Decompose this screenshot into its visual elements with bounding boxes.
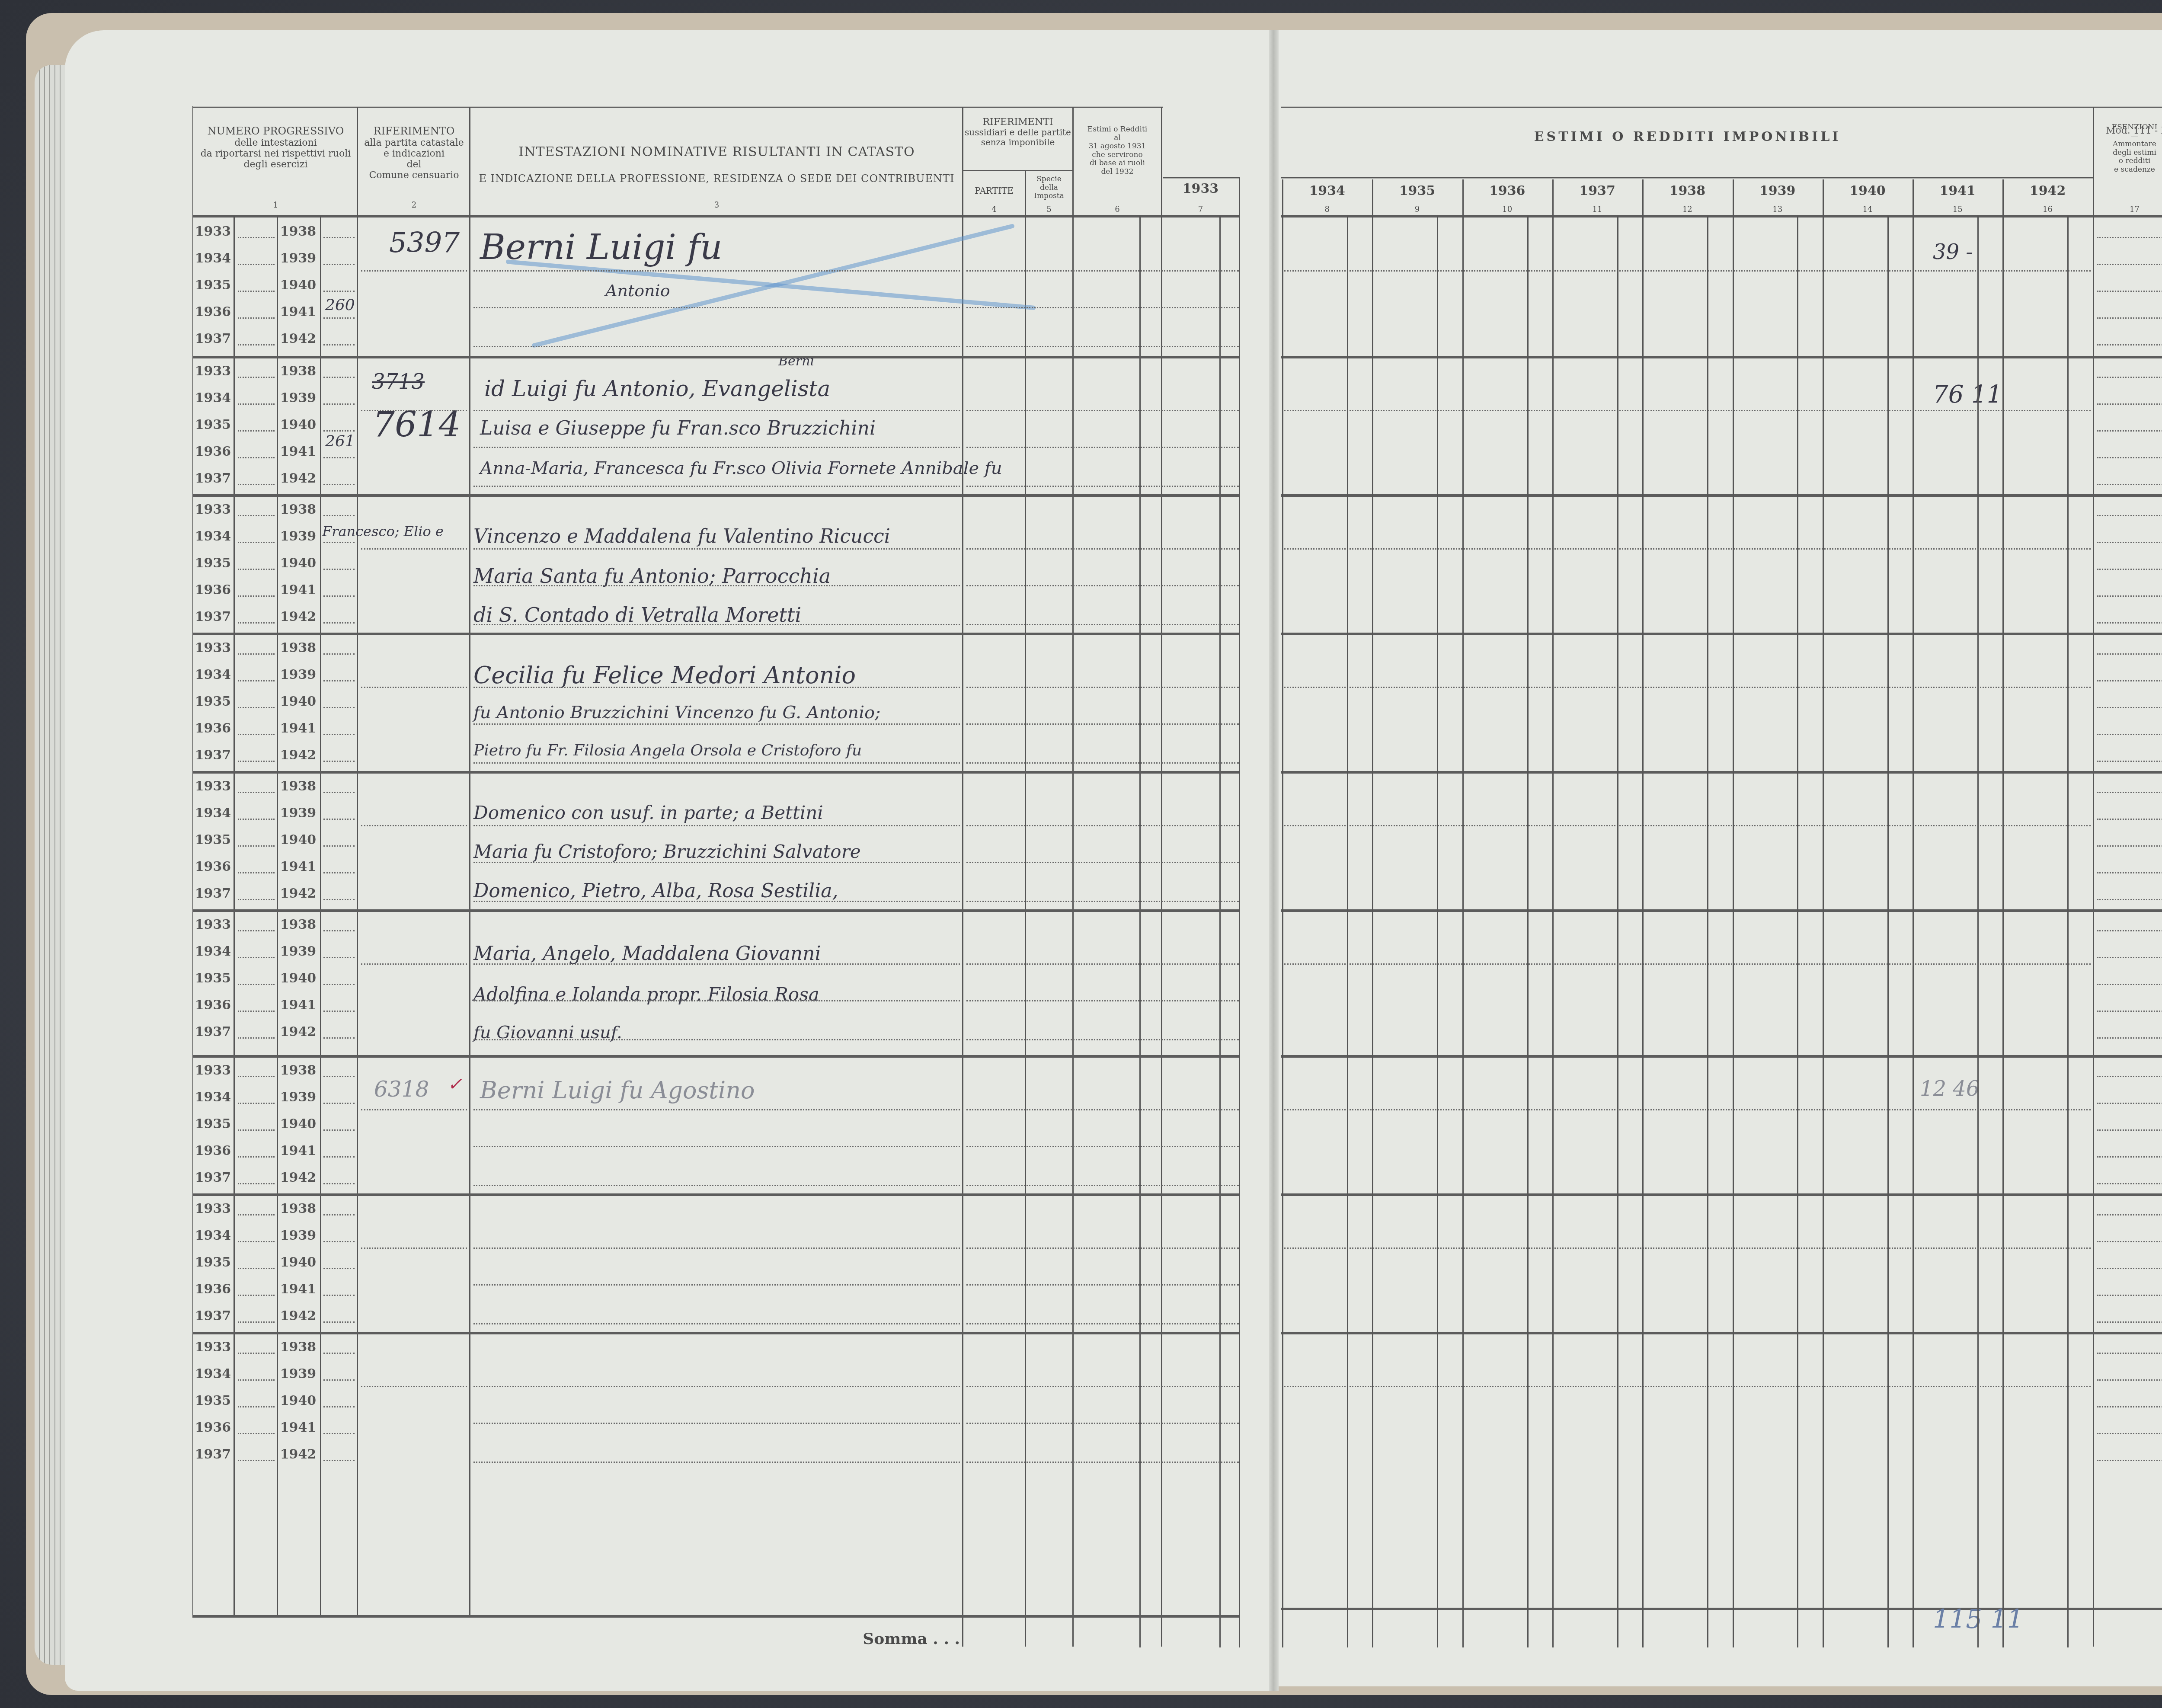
esenzioni-dotted-line [2097,484,2162,485]
year-label-right: 1940 [278,556,319,571]
name-ruled-line [473,1039,960,1040]
col-number-9: 9 [1372,205,1462,214]
year-label-right: 1941 [278,1420,319,1435]
name-ruled-line [473,1146,960,1147]
dotted-fill-left [238,1214,275,1215]
row-group-separator-left [192,494,1239,497]
year-label-right: 1938 [278,502,319,517]
dotted-fill-right [323,317,355,319]
row-group-separator-right [1281,633,2162,635]
year-label-left: 1935 [192,1393,233,1408]
entry-3-partita-note: Francesco; Elio e [322,523,444,540]
esenzioni-dotted-line [2097,457,2162,458]
dotted-fill-right [323,377,355,378]
row-group-separator-left [192,1193,1239,1196]
value-ruled-line [1284,270,2091,272]
ref-ruled-line [966,307,1239,308]
entry-7-value-1941: 12 46 [1920,1077,1979,1101]
esenzioni-dotted-line [2097,899,2162,900]
year-label-right: 1941 [278,304,319,320]
entry-5-name-line-2: Maria fu Cristoforo; Bruzzichini Salvato… [473,841,861,862]
year-label-left: 1936 [192,859,233,874]
entry-2-partita-struck: 3713 [372,370,425,394]
entry-2-name-line-1: id Luigi fu Antonio, Evangelista [484,376,830,401]
years-top-rule [1281,177,2093,181]
header-year-1938: 1938 [1642,184,1732,199]
year-col-divider [2002,179,2004,1647]
esenzioni-dotted-line [2097,653,2162,655]
dotted-fill-right [323,430,355,432]
esenzioni-dotted-line [2097,622,2162,624]
ref-ruled-line [966,624,1239,625]
header-col1: NUMERO PROGRESSIVO delle intestazioni da… [195,125,357,170]
name-ruled-line [473,1284,960,1286]
year-label-left: 1934 [192,251,233,266]
dotted-fill-right [323,457,355,458]
name-ruled-line [473,762,960,764]
ref-ruled-line [966,410,1239,411]
row-group-separator-left [192,771,1239,774]
ref-ruled-line [966,270,1239,272]
header-estimi-1931: Estimi o Redditi al 31 agosto 1931 che s… [1074,125,1161,176]
dotted-fill-right [323,957,355,958]
year-label-left: 1934 [192,667,233,682]
ref-ruled-line [966,963,1239,965]
name-ruled-line [473,862,960,863]
col-divider-6-7 [1161,107,1162,1647]
year-label-right: 1942 [278,609,319,624]
value-ruled-line [1284,1247,2091,1249]
year-label-left: 1937 [192,331,233,346]
dotted-fill-left [238,1103,275,1104]
ledger-photo: Mod. 111 - Imposte Dirette (Intercalare)… [0,0,2162,1708]
name-ruled-line [473,723,960,725]
dotted-fill-right [323,734,355,735]
row-group-separator-left [192,356,1239,358]
year-label-left: 1933 [192,640,233,656]
year-label-left: 1934 [192,1090,233,1105]
row-group-separator-left [192,909,1239,912]
col-number-16: 16 [2002,205,2092,214]
somma-label: Somma . . . [839,1630,960,1648]
col-number-1: 1 [195,201,357,210]
year-label-right: 1938 [278,1201,319,1216]
year-label-left: 1937 [192,748,233,763]
col-number-11: 11 [1552,205,1642,214]
dotted-fill-right [323,1433,355,1434]
table-bottom-rule-right [1281,1608,2162,1610]
col-number-2: 2 [359,201,469,210]
dotted-fill-right [323,1011,355,1012]
dotted-fill-left [238,377,275,378]
year-col-cents-divider [1887,216,1889,1647]
year-col-cents-divider [1617,216,1618,1647]
dotted-fill-right [323,1295,355,1296]
dotted-fill-left [238,792,275,793]
col-number-12: 12 [1642,205,1732,214]
entry-1-value-1941: 39 - [1933,240,1973,264]
esenzioni-dotted-line [2097,403,2162,405]
col-number-17: 17 [2094,205,2162,214]
entry-1-partita: 5397 [389,227,460,259]
ref-ruled-line [966,825,1239,826]
dotted-fill-left [238,899,275,900]
year-label-right: 1939 [278,806,319,821]
year-label-left: 1933 [192,502,233,517]
entry-3-name-line-3: di S. Contado di Vetralla Moretti [473,603,801,627]
dotted-fill-right [323,515,355,516]
value-ruled-line [1284,825,2091,826]
name-ruled-line [473,1247,960,1249]
entry-4-name-line-1: Cecilia fu Felice Medori Antonio [473,662,856,689]
ref-ruled-line [966,346,1239,347]
dotted-fill-left [238,707,275,708]
esenzioni-dotted-line [2097,569,2162,570]
esenzioni-dotted-line [2097,264,2162,265]
dotted-fill-left [238,403,275,405]
dotted-fill-right [323,1076,355,1077]
name-ruled-line [473,346,960,347]
year-label-right: 1939 [278,944,319,959]
dotted-fill-left [238,569,275,570]
year-label-right: 1942 [278,1308,319,1324]
year-col-cents-divider [1347,216,1348,1647]
esenzioni-dotted-line [2097,1321,2162,1323]
year-label-left: 1933 [192,1201,233,1216]
esenzioni-dotted-line [2097,1433,2162,1434]
esenzioni-dotted-line [2097,1183,2162,1184]
partita-ruled-line [361,1109,467,1110]
year-label-left: 1933 [192,1063,233,1078]
year-label-right: 1942 [278,1024,319,1040]
year-label-right: 1938 [278,779,319,794]
dotted-fill-left [238,344,275,345]
esenzioni-dotted-line [2097,707,2162,708]
year-label-right: 1939 [278,529,319,544]
year-col-divider [1282,179,1283,1647]
dotted-fill-left [238,734,275,735]
dotted-fill-right [323,1460,355,1461]
col-number-7: 7 [1162,205,1239,214]
year-label-left: 1937 [192,609,233,624]
entry-2-name-line-2: Luisa e Giuseppe fu Fran.sco Bruzzichini [480,417,876,439]
year-label-right: 1941 [278,1282,319,1297]
year-label-left: 1937 [192,886,233,901]
dotted-fill-right [323,984,355,985]
partita-ruled-line [361,270,467,272]
book-gutter [1269,30,1279,1691]
esenzioni-dotted-line [2097,872,2162,873]
esenzioni-dotted-line [2097,734,2162,735]
dotted-fill-right [323,403,355,405]
esenzioni-dotted-line [2097,1129,2162,1131]
year-label-right: 1939 [278,667,319,682]
row-group-separator-right [1281,494,2162,497]
ref-ruled-line [966,1284,1239,1286]
col-divider-16-17 [2093,107,2094,1647]
year-label-left: 1935 [192,417,233,432]
header-col2-title: RIFERIMENTO [359,125,469,138]
entry-6-name-line-2: Adolfina e Iolanda propr. Filosia Rosa [473,984,819,1005]
header-year-1939: 1939 [1733,184,1823,199]
year-label-left: 1936 [192,1282,233,1297]
partita-ruled-line [361,1386,467,1387]
dotted-fill-left [238,430,275,432]
header-bottom-rule-right [1281,215,2162,217]
name-ruled-line [473,307,960,308]
entry-3-name-line-1: Vincenzo e Maddalena fu Valentino Ricucc… [473,525,890,547]
year-label-left: 1934 [192,1366,233,1382]
year-label-left: 1936 [192,1420,233,1435]
year-label-right: 1939 [278,390,319,406]
header-esenzioni: ESENZIONI — Ammontare degli estimi o red… [2094,123,2162,174]
header-year-1933: 1933 [1162,182,1239,197]
dotted-fill-left [238,1353,275,1354]
dotted-fill-left [238,1076,275,1077]
name-ruled-line [473,1386,960,1387]
value-ruled-line [1284,963,2091,965]
entry-7-name-line-1: Berni Luigi fu Agostino [480,1077,755,1104]
dotted-fill-left [238,237,275,238]
dotted-fill-left [238,457,275,458]
esenzioni-dotted-line [2097,344,2162,345]
year-col-cents-divider [1527,216,1529,1647]
dotted-fill-right [323,761,355,762]
year-label-right: 1939 [278,1228,319,1243]
dotted-fill-left [238,957,275,958]
dotted-fill-left [238,542,275,543]
ref-ruled-line [966,1039,1239,1040]
dotted-fill-left [238,1433,275,1434]
dotted-fill-left [238,1406,275,1407]
dotted-fill-left [238,1321,275,1323]
header-riferimenti-body: sussidiari e delle partite senza imponib… [963,128,1072,147]
name-ruled-line [473,624,960,625]
esenzioni-dotted-line [2097,1406,2162,1407]
col7-subdivider [1219,216,1221,1647]
dotted-fill-right [323,1353,355,1354]
year-label-left: 1933 [192,364,233,379]
partita-ruled-line [361,1247,467,1249]
dotted-fill-right [323,1321,355,1323]
entry-7-check-mark: ✓ [448,1075,462,1094]
year-col-cents-divider [1707,216,1708,1647]
year-label-left: 1935 [192,556,233,571]
year-label-left: 1937 [192,471,233,486]
row-group-separator-right [1281,356,2162,358]
name-ruled-line [473,1423,960,1424]
year-label-right: 1940 [278,278,319,293]
year-label-right: 1942 [278,748,319,763]
dotted-fill-left [238,1037,275,1039]
year-label-left: 1935 [192,1255,233,1270]
year-label-right: 1938 [278,917,319,932]
year-col-divider [1372,179,1373,1647]
esenzioni-dotted-line [2097,957,2162,958]
year-col-cents-divider [1977,216,1979,1647]
dotted-fill-left [238,845,275,847]
col1-subdiv-a [233,216,235,1615]
riferimenti-split [962,170,1072,171]
year-label-left: 1935 [192,971,233,986]
dotted-fill-right [323,569,355,570]
header-col1-body: delle intestazioni da riportarsi nei ris… [195,138,357,170]
header-col3-title: INTESTAZIONI NOMINATIVE RISULTANTI IN CA… [471,145,962,160]
ref-ruled-line [966,486,1239,487]
esenzioni-dotted-line [2097,1241,2162,1242]
esenzioni-dotted-line [2097,317,2162,319]
col-divider-3-4 [962,107,963,1647]
dotted-fill-right [323,264,355,265]
dotted-fill-right [323,484,355,485]
partita-ruled-line [361,548,467,550]
entry-2-name-line-3: Anna-Maria, Francesca fu Fr.sco Olivia F… [480,458,1002,478]
esenzioni-dotted-line [2097,1295,2162,1296]
year-label-right: 1940 [278,832,319,848]
name-ruled-line [473,447,960,448]
dotted-fill-right [323,1103,355,1104]
year-label-left: 1935 [192,694,233,709]
col7-right [1239,177,1240,1647]
dotted-fill-left [238,653,275,655]
dotted-fill-left [238,1129,275,1131]
esenzioni-dotted-line [2097,930,2162,931]
year-label-right: 1941 [278,1143,319,1158]
header-year-1941: 1941 [1913,184,2002,199]
year-label-left: 1934 [192,1228,233,1243]
table-top-border-left [192,106,1163,109]
esenzioni-dotted-line [2097,1103,2162,1104]
dotted-fill-left [238,1011,275,1012]
esenzioni-dotted-line [2097,1353,2162,1354]
esenzioni-dotted-line [2097,845,2162,847]
year-label-left: 1935 [192,1116,233,1132]
year-label-left: 1936 [192,444,233,459]
entry-2-value-1941: 76 11 [1933,381,2002,409]
year-label-left: 1937 [192,1308,233,1324]
ref-ruled-line [966,1386,1239,1387]
year-label-right: 1940 [278,1255,319,1270]
dotted-fill-right [323,1241,355,1242]
ref-ruled-line [966,862,1239,863]
entry-4-name-line-3: Pietro fu Fr. Filosia Angela Orsola e Cr… [473,742,862,759]
name-ruled-line [473,410,960,411]
year-label-right: 1940 [278,971,319,986]
ref-ruled-line [966,1146,1239,1147]
year-label-right: 1938 [278,1340,319,1355]
year-label-left: 1934 [192,390,233,406]
header-year-1942: 1942 [2002,184,2092,199]
esenzioni-dotted-line [2097,430,2162,432]
row-group-separator-right [1281,909,2162,912]
header-col2: RIFERIMENTO alla partita catastale e ind… [359,125,469,181]
ref-ruled-line [966,447,1239,448]
year-label-left: 1935 [192,278,233,293]
year-label-left: 1933 [192,917,233,932]
year-label-left: 1934 [192,529,233,544]
year-label-right: 1942 [278,1447,319,1462]
name-ruled-line [473,585,960,586]
col-number-3: 3 [471,201,962,210]
esenzioni-dotted-line [2097,1076,2162,1077]
year-label-left: 1935 [192,832,233,848]
esenzioni-dotted-line [2097,1460,2162,1461]
esenzioni-dotted-line [2097,291,2162,292]
year-label-right: 1942 [278,471,319,486]
year-col-divider [1913,179,1914,1647]
ref-ruled-line [966,762,1239,764]
dotted-fill-left [238,872,275,873]
year-col-divider [1823,179,1824,1647]
dotted-fill-left [238,930,275,931]
ref-ruled-line [966,687,1239,688]
dotted-fill-right [323,845,355,847]
row-group-separator-left [192,1332,1239,1334]
row-group-separator-right [1281,771,2162,774]
value-ruled-line [1284,548,2091,550]
esenzioni-dotted-line [2097,1268,2162,1269]
ref-ruled-line [966,1185,1239,1186]
header-riferimenti: RIFERIMENTI sussidiari e delle partite s… [963,117,1072,147]
col-number-13: 13 [1733,205,1823,214]
col-number-5: 5 [1026,205,1072,214]
year-label-right: 1940 [278,1116,319,1132]
year-label-left: 1936 [192,998,233,1013]
ref-ruled-line [966,1462,1239,1463]
year-label-right: 1938 [278,364,319,379]
entry-5-name-line-3: Domenico, Pietro, Alba, Rosa Sestilia, [473,880,838,902]
esenzioni-dotted-line [2097,1214,2162,1215]
entry-2-progressive: 261 [325,432,355,450]
col-number-14: 14 [1823,205,1913,214]
year-col-cents-divider [1797,216,1798,1647]
year-label-right: 1939 [278,251,319,266]
dotted-fill-left [238,291,275,292]
dotted-fill-right [323,930,355,931]
ref-ruled-line [966,548,1239,550]
partita-ruled-line [361,687,467,688]
name-ruled-line [473,825,960,826]
dotted-fill-right [323,1037,355,1039]
dotted-fill-right [323,595,355,597]
year-label-left: 1934 [192,806,233,821]
year-label-left: 1936 [192,304,233,320]
col-number-4: 4 [963,205,1025,214]
dotted-fill-right [323,653,355,655]
esenzioni-dotted-line [2097,595,2162,597]
dotted-fill-left [238,1460,275,1461]
dotted-fill-left [238,680,275,681]
dotted-fill-left [238,317,275,319]
year-label-left: 1934 [192,944,233,959]
name-ruled-line [473,1185,960,1186]
dotted-fill-left [238,1295,275,1296]
year-label-left: 1936 [192,1143,233,1158]
year-label-right: 1942 [278,886,319,901]
dotted-fill-left [238,819,275,820]
dotted-fill-right [323,680,355,681]
row-group-separator-left [192,1055,1239,1058]
partita-ruled-line [361,963,467,965]
row-group-separator-right [1281,1332,2162,1334]
dotted-fill-left [238,264,275,265]
dotted-fill-right [323,291,355,292]
value-ruled-line [1284,1109,2091,1110]
header-col2-body: alla partita catastale e indicazioni del… [359,138,469,181]
header-year-1937: 1937 [1552,184,1642,199]
entry-1-name-line-2: Antonio [605,281,670,300]
name-ruled-line [473,901,960,902]
